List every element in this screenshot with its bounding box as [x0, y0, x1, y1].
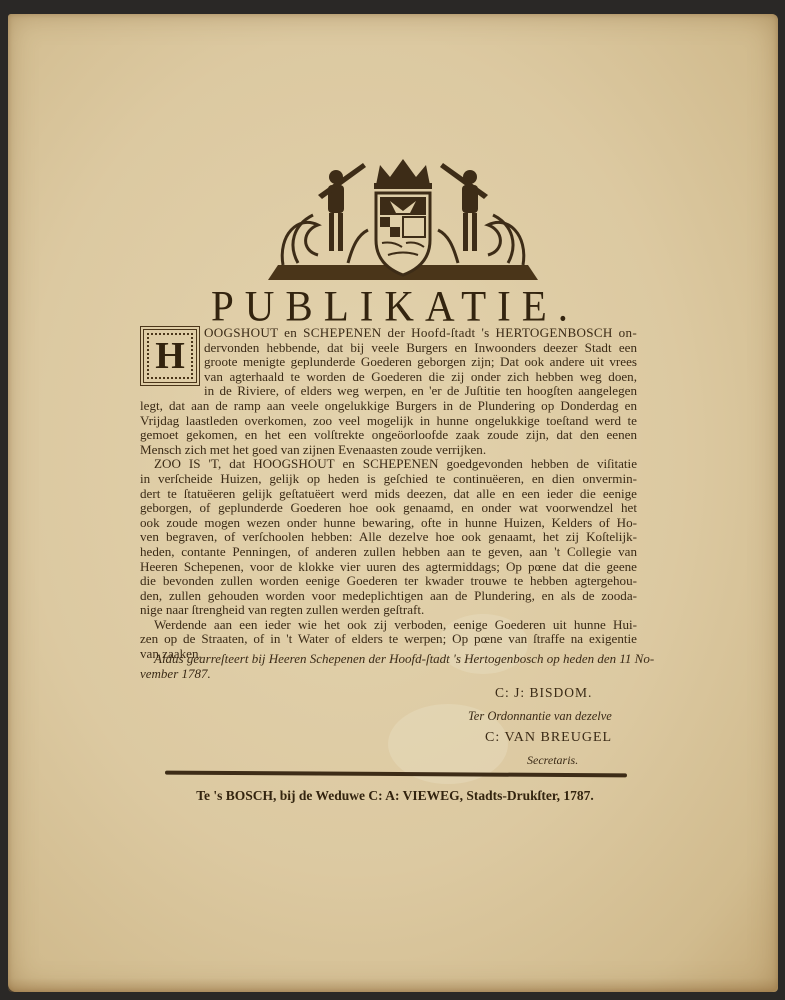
text-line: Aldus gearreſteert bij Heeren Schepenen …	[140, 652, 637, 667]
text-line: zen op de Straaten, of in 't Water of el…	[140, 632, 637, 647]
text-line: van agterhaald te worden de Goederen die…	[140, 370, 637, 385]
secretary-title: Secretaris.	[527, 753, 578, 768]
text-line: groote menigte geplunderde Goederen gebo…	[140, 355, 637, 370]
publication-body: OOGSHOUT en SCHEPENEN der Hoofd-ſtadt 's…	[140, 326, 637, 662]
text-line: ven begraven, of verſchoolen hebben: All…	[140, 530, 637, 545]
text-line: dervonden hebbende, dat bij veele Burger…	[140, 341, 637, 356]
printer-imprint: Te 's BOSCH, bij de Weduwe C: A: VIEWEG,…	[170, 788, 620, 804]
text-line: die bevonden zullen worden eenige Goeder…	[140, 574, 637, 589]
text-line: nige naar ſtrengheid van regten zullen w…	[140, 603, 637, 618]
text-line: Vrijdag laastleden overkomen, zoo veel m…	[140, 414, 637, 429]
text-line: Mensch zich met het goed van zijnen Even…	[140, 443, 637, 458]
text-line: legt, dat aan de ramp aan veele ongelukk…	[140, 399, 637, 414]
text-line: in verſcheide Huizen, gelijk op heden is…	[140, 472, 637, 487]
decree-statement: Aldus gearreſteert bij Heeren Schepenen …	[140, 652, 637, 681]
text-line: Heeren Schepenen, voor de klokke vier uu…	[140, 560, 637, 575]
paragraph-2: ZOO IS 'T, dat HOOGSHOUT en SCHEPENEN go…	[140, 457, 637, 618]
secretary-name: C: VAN BREUGEL	[485, 730, 612, 746]
text-line: heden, contante Penningen, of anderen zu…	[140, 545, 637, 560]
text-line: ZOO IS 'T, dat HOOGSHOUT en SCHEPENEN go…	[140, 457, 637, 472]
by-order-line: Ter Ordonnantie van dezelve	[468, 709, 612, 724]
text-line: OOGSHOUT en SCHEPENEN der Hoofd-ſtadt 's…	[140, 326, 637, 341]
text-line: gemoet gekomen, en het een volſtrekte on…	[140, 428, 637, 443]
text-line: in de Riviere, of elders weg werpen, en …	[140, 384, 637, 399]
page-title: PUBLIKATIE.	[140, 281, 650, 331]
text-line: ook zoude mogen wezen onder hunne bewari…	[140, 516, 637, 531]
text-line: den, zullen gehouden worden voor medepli…	[140, 589, 637, 604]
signer-name: C: J: BISDOM.	[495, 685, 592, 701]
paragraph-1: OOGSHOUT en SCHEPENEN der Hoofd-ſtadt 's…	[140, 326, 637, 457]
text-line: geborgen, of geplunderde Goederen hoe oo…	[140, 501, 637, 516]
text-line: vember 1787.	[140, 667, 637, 682]
text-line: Werdende aan een ieder wie het ook zij v…	[140, 618, 637, 633]
text-line: dert te ſtatuëeren gelijk geſtatuëert we…	[140, 487, 637, 502]
coat-of-arms-icon	[258, 155, 548, 285]
